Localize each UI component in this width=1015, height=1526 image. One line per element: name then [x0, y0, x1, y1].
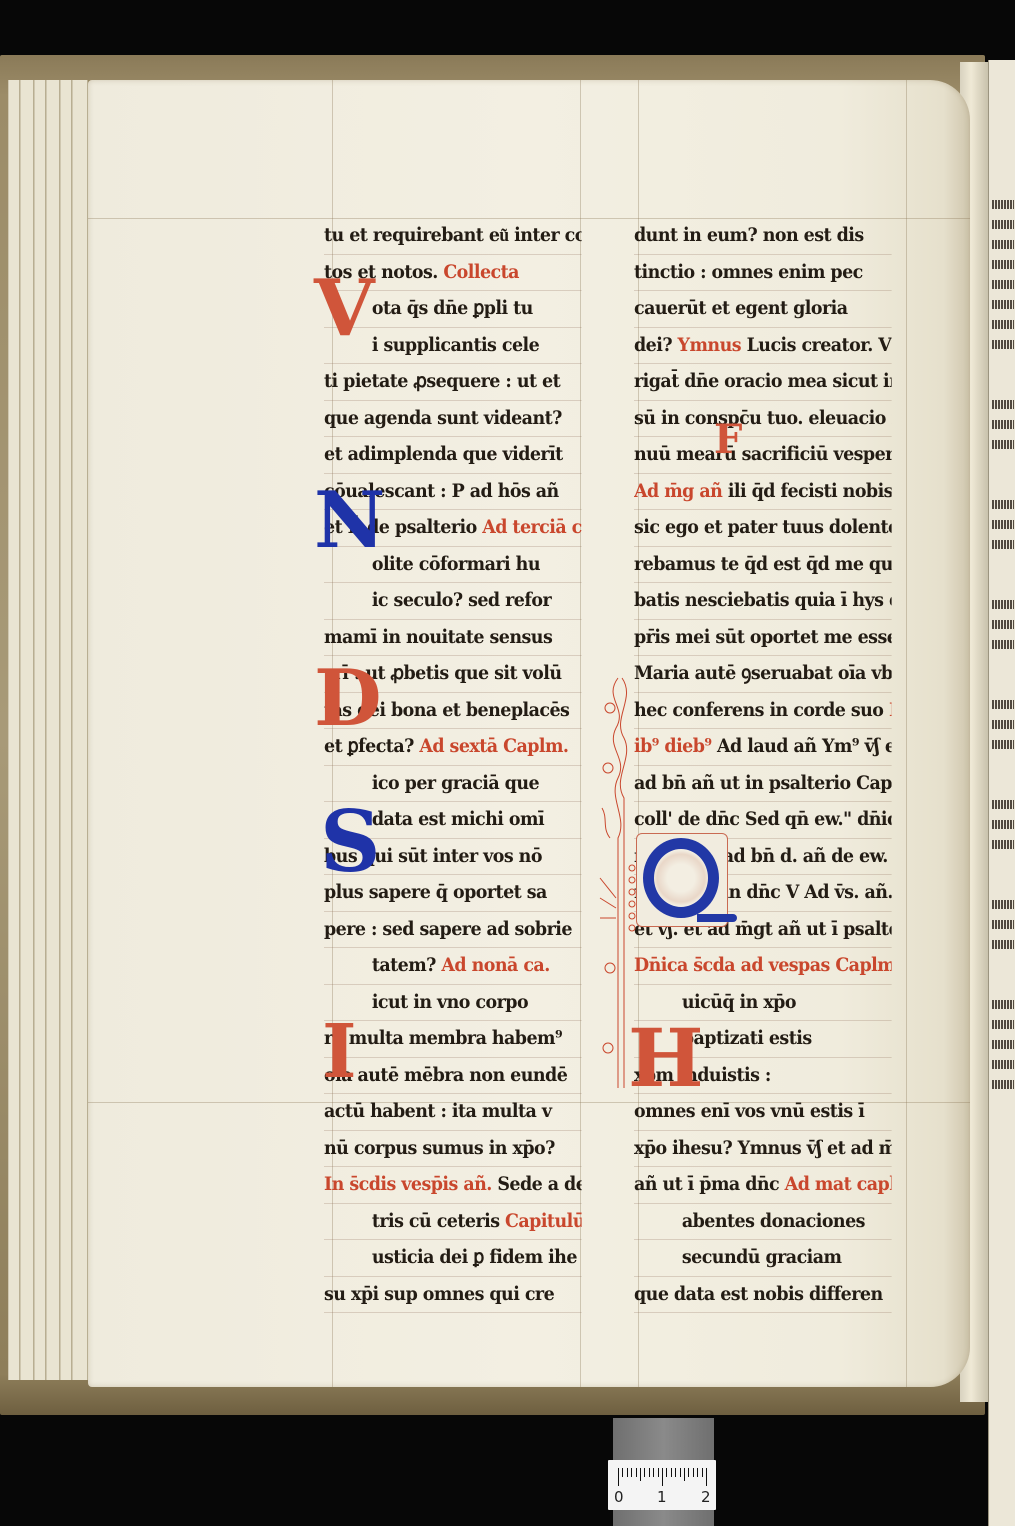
line-text: tinctio : omnes enim pec	[634, 261, 863, 283]
rubric-text: Capitulū	[505, 1210, 582, 1232]
scale-label: 1	[657, 1488, 667, 1506]
rubric-text: Feria	[889, 699, 892, 721]
ornate-q-bowl	[643, 838, 719, 918]
scale-tick	[702, 1468, 703, 1477]
line-text: rigat̄ dn̄e oracio mea sicut incē	[634, 370, 892, 392]
line-text: icut in vno corpo	[372, 991, 528, 1013]
text-line: nuū mearū sacrificiū vespertinū	[634, 437, 892, 474]
rubric-text: Ad nonā ca.	[441, 954, 549, 976]
text-line: cauerūt et egent gloria	[634, 291, 892, 328]
line-text-after: Ymnus v̄ʃ et ad m̄gt	[738, 1137, 892, 1159]
text-line: nū corpus sumus in xp̄o?	[324, 1131, 582, 1168]
initial-letter-f: F	[714, 420, 742, 460]
line-text-after: ili q̄d fecisti nobis	[728, 480, 892, 502]
text-line: dunt in eum? non est dis	[634, 218, 892, 255]
scale-tick	[688, 1468, 689, 1477]
ornate-initial-q	[636, 833, 728, 927]
text-line: añ ut ī p̄ma dn̄c Ad mat caplm.	[634, 1167, 892, 1204]
text-line: rigat̄ dn̄e oracio mea sicut incē	[634, 364, 892, 401]
text-fragment	[992, 700, 1014, 709]
scale-tick	[675, 1468, 676, 1477]
line-text: i supplicantis cele	[372, 334, 539, 356]
line-text: añ ut ī p̄ma dn̄c	[634, 1173, 785, 1195]
fore-edge-leaf	[46, 80, 60, 1380]
text-fragment	[992, 940, 1014, 949]
line-text: secundū graciam	[682, 1246, 842, 1268]
initial-letter-v: V	[314, 270, 375, 348]
line-text: tu et requirebant eu͂ inter cogna	[324, 224, 582, 246]
scale-tick	[618, 1468, 619, 1486]
line-text: data est michi omī	[372, 808, 544, 830]
text-fragment	[992, 900, 1014, 909]
scale-tick	[671, 1468, 672, 1477]
line-text: sic ego et pater tuus dolentes que	[634, 516, 892, 538]
text-fragment	[992, 500, 1014, 509]
scale-tick	[684, 1468, 685, 1481]
text-fragment	[992, 340, 1014, 349]
text-line: Ad m̄g añ ili q̄d fecisti nobis	[634, 474, 892, 511]
text-fragment	[992, 420, 1014, 429]
fore-edge-leaf	[72, 80, 88, 1380]
line-text: et adimplenda que viderīt	[324, 443, 563, 465]
scale-tick	[631, 1468, 632, 1477]
text-line: tinctio : omnes enim pec	[634, 255, 892, 292]
text-line: su xp̄i sup omnes qui cre	[324, 1277, 582, 1314]
fore-edge-leaf	[34, 80, 46, 1380]
text-line: ic seculo? sed refor	[324, 583, 582, 620]
line-text: tatem?	[372, 954, 442, 976]
scale-label: 2	[701, 1488, 711, 1506]
text-fragment	[992, 1020, 1014, 1029]
rubric-text: Ad sextā Caplm.	[419, 735, 568, 757]
line-text: su xp̄i sup omnes qui cre	[324, 1283, 554, 1305]
text-line: hec conferens in corde suo Feria	[634, 693, 892, 730]
text-line: tatem? Ad nonā ca.	[324, 948, 582, 985]
rubric-text: ib⁹ dieb⁹	[634, 735, 717, 757]
scale-bar: 0 1 2	[608, 1460, 716, 1510]
scale-tick	[653, 1468, 654, 1477]
scale-tick	[662, 1468, 663, 1486]
text-fragment	[992, 600, 1014, 609]
text-fragment	[992, 440, 1014, 449]
line-text: mamī in nouitate sensus	[324, 626, 552, 648]
line-text: batis nesciebatis quia ī hys que	[634, 589, 892, 611]
text-fragment	[992, 260, 1014, 269]
rubric-text: Ad m̄g añ	[634, 480, 728, 502]
initial-letter-i: I	[322, 1015, 357, 1089]
text-line: batis nesciebatis quia ī hys que	[634, 583, 892, 620]
text-line: xp̄o ihesu? Ymnus v̄ʃ et ad m̄gt	[634, 1131, 892, 1168]
line-text: re multa membra habem⁹	[324, 1027, 562, 1049]
text-fragment	[992, 1060, 1014, 1069]
text-line: abentes donaciones	[634, 1204, 892, 1241]
text-line: dei? Ymnus Lucis creator. V D	[634, 328, 892, 365]
rubric-text: Collecta	[443, 261, 519, 283]
line-text: ti pietate ꝓsequere : ut et	[324, 370, 560, 392]
line-text-after: Sede a dex	[497, 1173, 581, 1195]
left-text-column: tu et requirebant eu͂ inter cognatos et …	[324, 218, 604, 1313]
rubric-text: Ymnus	[678, 334, 741, 356]
initial-letter-d: D	[314, 660, 382, 738]
scale-tick	[636, 1468, 637, 1477]
text-line: secundū graciam	[634, 1240, 892, 1277]
scale-tick	[706, 1468, 707, 1486]
scale-tick	[697, 1468, 698, 1477]
text-fragment	[992, 320, 1014, 329]
text-fragment	[992, 820, 1014, 829]
line-text: nuū mearū sacrificiū vespertinū	[634, 443, 892, 465]
text-fragment	[992, 1000, 1014, 1009]
line-text: ico per graciā que	[372, 772, 539, 794]
line-text: olite cōformari hu	[372, 553, 540, 575]
scale-tick	[658, 1468, 659, 1477]
initial-letter-n: N	[314, 482, 385, 560]
text-fragment	[992, 400, 1014, 409]
line-text: actū habent : ita multa v	[324, 1100, 551, 1122]
text-line: oīa autē mēbra non eundē	[324, 1058, 582, 1095]
text-fragment	[992, 720, 1014, 729]
line-text: coll' de dn̄c Sed qn̄ ew." dn̄icale ad	[634, 808, 892, 830]
line-text-after: Ad laud añ Ym⁹ v̄ʃ et	[717, 735, 892, 757]
text-line: ib⁹ dieb⁹ Ad laud añ Ym⁹ v̄ʃ et	[634, 729, 892, 766]
text-fragment	[992, 620, 1014, 629]
line-text: dunt in eum? non est dis	[634, 224, 864, 246]
text-line: tu et requirebant eu͂ inter cogna	[324, 218, 582, 255]
text-fragment	[992, 800, 1014, 809]
text-line: pr̄is mei sūt oportet me esse añ	[634, 620, 892, 657]
penwork-flourish-icon	[598, 668, 640, 1098]
line-text: tris cū ceteris	[372, 1210, 505, 1232]
line-text: Maria autē ꝯseruabat oīa vba	[634, 662, 892, 684]
rubric-text: Ad terciā cap.	[482, 516, 581, 538]
text-fragment	[992, 300, 1014, 309]
line-text: abentes donaciones	[682, 1210, 865, 1232]
text-line: sic ego et pater tuus dolentes que	[634, 510, 892, 547]
fore-edge-leaf	[8, 80, 20, 1380]
line-text: que data est nobis differen	[634, 1283, 883, 1305]
line-text: ad bn̄ añ ut in psalterio Cap et	[634, 772, 892, 794]
text-line: mamī in nouitate sensus	[324, 620, 582, 657]
scale-tick	[680, 1468, 681, 1477]
line-text: pere : sed sapere ad sobrie	[324, 918, 572, 940]
line-text: oīa autē mēbra non eundē	[324, 1064, 567, 1086]
text-fragment	[992, 1080, 1014, 1089]
text-line: Maria autē ꝯseruabat oīa vba	[634, 656, 892, 693]
text-fragment	[992, 220, 1014, 229]
text-fragment	[992, 840, 1014, 849]
line-text: ic seculo? sed refor	[372, 589, 551, 611]
ornate-q-tail	[697, 914, 737, 922]
line-text: sū in conspc̄u tuo. eleuacio ma	[634, 407, 892, 429]
line-text: dei?	[634, 334, 678, 356]
line-text: uicūq̄ in xp̄o	[682, 991, 796, 1013]
scale-label: 0	[614, 1488, 624, 1506]
scale-tick	[649, 1468, 650, 1477]
text-line: icut in vno corpo	[324, 985, 582, 1022]
line-text-after: Lucis creator. V D	[741, 334, 892, 356]
fore-edge-leaf	[20, 80, 34, 1380]
text-line: re multa membra habem⁹	[324, 1021, 582, 1058]
line-text: nū corpus sumus in xp̄o?	[324, 1137, 555, 1159]
text-fragment	[992, 920, 1014, 929]
text-line: tris cū ceteris Capitulū	[324, 1204, 582, 1241]
text-fragment	[992, 520, 1014, 529]
text-line: In s̄cdis vesp̄is añ. Sede a dex	[324, 1167, 582, 1204]
line-text: hec conferens in corde suo	[634, 699, 889, 721]
text-line: ad bn̄ añ ut in psalterio Cap et	[634, 766, 892, 803]
initial-letter-s: S	[320, 800, 381, 884]
line-text: ota q̄s dn̄e ꝑpli tu	[372, 297, 533, 319]
line-text: que agenda sunt videant?	[324, 407, 562, 429]
text-fragment	[992, 740, 1014, 749]
text-line: actū habent : ita multa v	[324, 1094, 582, 1131]
rubric-text: In s̄cdis vesp̄is añ.	[324, 1173, 497, 1195]
text-line: sū in conspc̄u tuo. eleuacio ma	[634, 401, 892, 438]
line-text: xp̄o ihesu?	[634, 1137, 738, 1159]
fore-edge-leaf	[60, 80, 72, 1380]
text-fragment	[992, 200, 1014, 209]
text-fragment	[992, 540, 1014, 549]
text-line: rebamus te q̄d est q̄d me querē	[634, 547, 892, 584]
text-line: ti pietate ꝓsequere : ut et	[324, 364, 582, 401]
text-line: pere : sed sapere ad sobrie	[324, 912, 582, 949]
line-text: usticia dei ꝑ fidem ihe	[372, 1246, 577, 1268]
line-text: cauerūt et egent gloria	[634, 297, 847, 319]
text-line: Dn̄ica s̄cda ad vespas Caplm.	[634, 948, 892, 985]
rubric-text: Dn̄ica s̄cda ad vespas Caplm.	[634, 954, 892, 976]
text-fragment	[992, 280, 1014, 289]
scale-tick	[627, 1468, 628, 1477]
text-line: usticia dei ꝑ fidem ihe	[324, 1240, 582, 1277]
facing-page-edge	[988, 60, 1015, 1526]
right-text-column: dunt in eum? non est distinctio : omnes …	[634, 218, 914, 1313]
text-line: que data est nobis differen	[634, 1277, 892, 1314]
line-text: pr̄is mei sūt oportet me esse	[634, 626, 892, 648]
text-fragment	[992, 240, 1014, 249]
scale-tick	[666, 1468, 667, 1477]
line-text: rebamus te q̄d est q̄d me querē	[634, 553, 892, 575]
scale-tick	[640, 1468, 641, 1481]
rubric-text: Ad mat caplm.	[785, 1173, 892, 1195]
text-line: que agenda sunt videant?	[324, 401, 582, 438]
scale-tick	[693, 1468, 694, 1477]
text-line: et adimplenda que viderīt	[324, 437, 582, 474]
scale-tick	[622, 1468, 623, 1477]
text-fragment	[992, 1040, 1014, 1049]
scale-tick	[644, 1468, 645, 1477]
text-fragment	[992, 640, 1014, 649]
